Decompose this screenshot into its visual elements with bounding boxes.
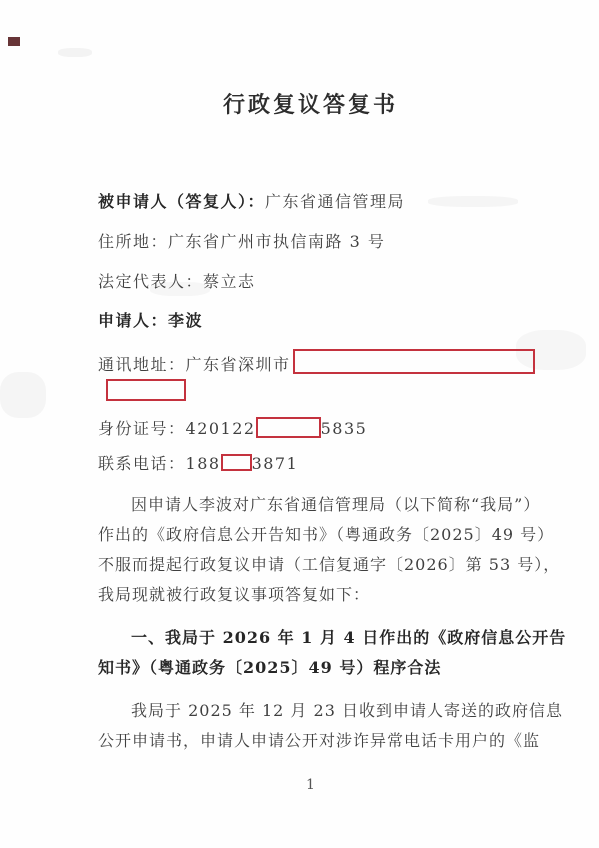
respondent-value: 广东省通信管理局 [265, 192, 405, 211]
redaction-box-phone [221, 454, 252, 471]
legal-representative-line: 法定代表人：蔡立志 [98, 272, 256, 291]
document-page: 行政复议答复书 被申请人（答复人）：广东省通信管理局 住所地：广东省广州市执信南… [0, 0, 599, 848]
document-title: 行政复议答复书 [98, 92, 523, 118]
redaction-box-id [256, 417, 321, 438]
paragraph1-line3: 不服而提起行政复议申请（工信复通字〔2026〕第 53 号）， [98, 555, 560, 574]
page-number: 1 [98, 777, 523, 793]
id-prefix: 420122 [186, 419, 256, 438]
applicant-line: 申请人：李波 [98, 311, 203, 330]
section1-heading-line1: 一、我局于 2026 年 1 月 4 日作出的《政府信息公开告 [131, 628, 566, 647]
scan-mark [8, 37, 20, 46]
paragraph1-line4: 我局现就被行政复议事项答复如下： [98, 585, 370, 604]
scan-artifact [58, 48, 92, 57]
paragraph1-line2: 作出的《政府信息公开告知书》（粤通政务〔2025〕49 号） [98, 525, 554, 544]
address-value: 广东省广州市执信南路 3 号 [168, 232, 385, 251]
mailing-value-prefix: 广东省深圳市 [186, 355, 291, 374]
mailing-label: 通讯地址： [98, 355, 186, 374]
mailing-address-line: 通讯地址：广东省深圳市 [98, 349, 535, 374]
scan-artifact [0, 372, 46, 418]
id-label: 身份证号： [98, 419, 186, 438]
applicant-value: 李波 [168, 311, 203, 330]
applicant-label: 申请人： [98, 311, 168, 330]
phone-suffix: 3871 [252, 454, 299, 473]
paragraph2-line1: 我局于 2025 年 12 月 23 日收到申请人寄送的政府信息 [131, 701, 563, 720]
redaction-box-address-1 [293, 349, 535, 374]
address-label: 住所地： [98, 232, 168, 251]
section1-heading-line2: 知书》（粤通政务〔2025〕49 号）程序合法 [98, 658, 441, 677]
phone-label: 联系电话： [98, 454, 186, 473]
paragraph2-line2: 公开申请书，申请人申请公开对涉诈异常电话卡用户的《监 [98, 731, 540, 750]
scan-artifact [428, 196, 518, 207]
legal-rep-label: 法定代表人： [98, 272, 203, 291]
paragraph1-line1: 因申请人李波对广东省通信管理局（以下简称“我局”） [131, 495, 540, 514]
phone-line: 联系电话：1883871 [98, 454, 298, 473]
id-number-line: 身份证号：4201225835 [98, 417, 367, 438]
phone-prefix: 188 [186, 454, 221, 473]
legal-rep-value: 蔡立志 [203, 272, 256, 291]
address-line: 住所地：广东省广州市执信南路 3 号 [98, 232, 385, 251]
id-suffix: 5835 [321, 419, 368, 438]
redaction-box-address-2 [106, 379, 186, 401]
respondent-label: 被申请人（答复人）： [98, 192, 265, 211]
respondent-line: 被申请人（答复人）：广东省通信管理局 [98, 192, 405, 211]
